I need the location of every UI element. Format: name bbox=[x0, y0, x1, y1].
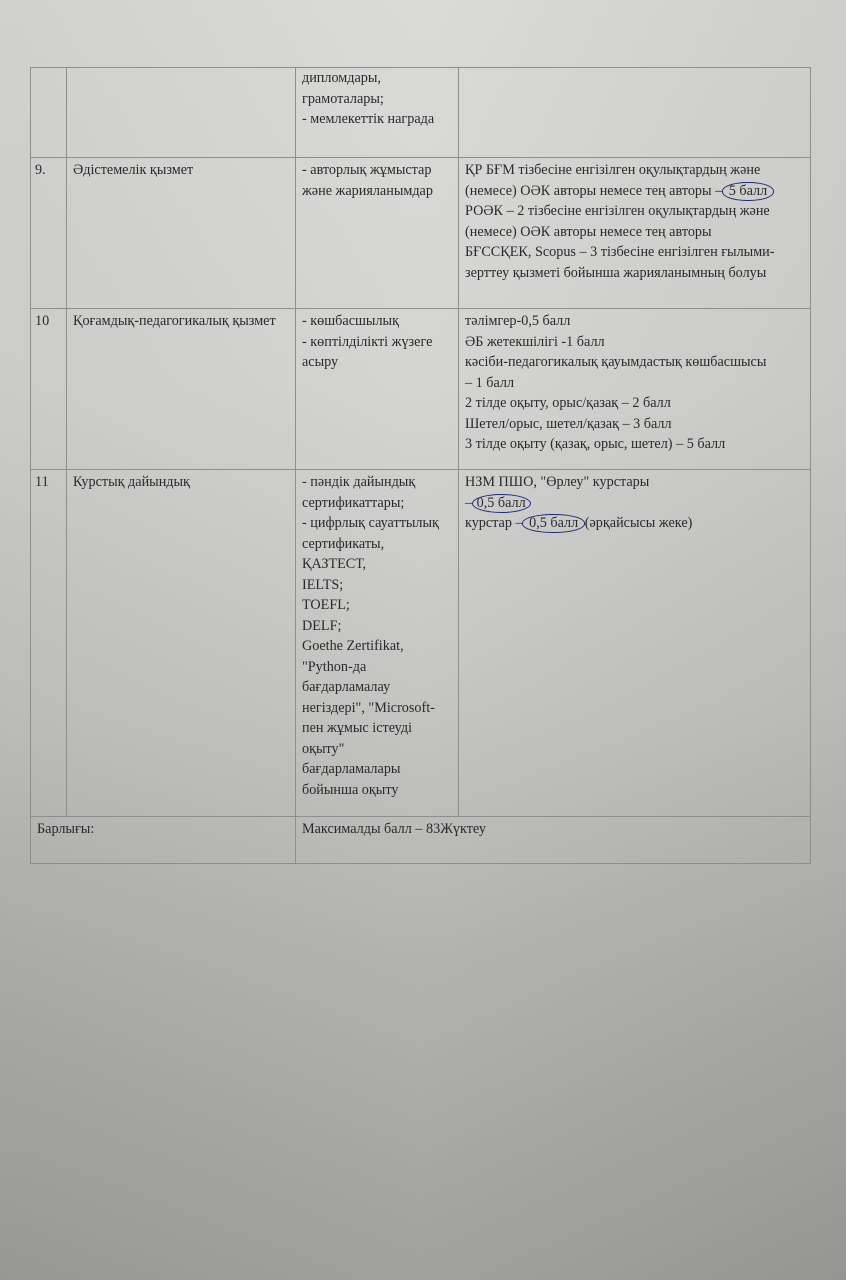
scoring-line: курстар – 0,5 балл (әрқайсысы жеке) bbox=[465, 513, 804, 534]
scoring-line: БҒССҚЕК, Scopus – 3 тізбесіне енгізілген… bbox=[465, 242, 804, 263]
scoring-line: 2 тілде оқыту, орыс/қазақ – 2 балл bbox=[465, 393, 804, 414]
table-row-continued: дипломдары, грамоталары; - мемлекеттік н… bbox=[31, 68, 811, 158]
criteria-line: - мемлекеттік награда bbox=[302, 109, 452, 130]
scoring-line: ӘБ жетекшілігі -1 балл bbox=[465, 332, 804, 353]
criteria-cell: - авторлық жұмыстар және жарияланымдар bbox=[296, 158, 459, 309]
scoring-cell: ҚР БҒМ тізбесіне енгізілген оқулықтардың… bbox=[459, 158, 811, 309]
pen-circled-score: 0,5 балл bbox=[522, 514, 585, 533]
category-cell: Курстық дайындық bbox=[67, 470, 296, 817]
criteria-line: сертификаттары; bbox=[302, 493, 452, 514]
criteria-line: грамоталары; bbox=[302, 89, 452, 110]
criteria-line: - пәндік дайындық bbox=[302, 472, 452, 493]
scoring-table: дипломдары, грамоталары; - мемлекеттік н… bbox=[30, 67, 811, 864]
criteria-cell: - пәндік дайындық сертификаттары; - цифр… bbox=[296, 470, 459, 817]
table-row-9: 9. Әдістемелік қызмет - авторлық жұмыста… bbox=[31, 158, 811, 309]
scoring-line: – 0,5 балл bbox=[465, 493, 804, 514]
scoring-line: 3 тілде оқыту (қазақ, орыс, шетел) – 5 б… bbox=[465, 434, 804, 455]
scoring-text: (немесе) ОӘК авторы немесе тең авторы – bbox=[465, 183, 726, 199]
row-number bbox=[31, 68, 67, 158]
total-value: Максималды балл – 83Жүктеу bbox=[296, 817, 811, 864]
criteria-cell: дипломдары, грамоталары; - мемлекеттік н… bbox=[296, 68, 459, 158]
scoring-text: курстар – bbox=[465, 515, 526, 531]
pen-circled-score: 5 балл bbox=[722, 182, 774, 201]
scoring-cell: тәлімгер-0,5 балл ӘБ жетекшілігі -1 балл… bbox=[459, 309, 811, 470]
criteria-line: - көптілділікті жүзеге bbox=[302, 332, 452, 353]
table-row-11: 11 Курстық дайындық - пәндік дайындық се… bbox=[31, 470, 811, 817]
scoring-line: РОӘК – 2 тізбесіне енгізілген оқулықтард… bbox=[465, 201, 804, 222]
criteria-line: - көшбасшылық bbox=[302, 311, 452, 332]
scoring-line: (немесе) ОӘК авторы немесе тең авторы – … bbox=[465, 181, 804, 202]
criteria-line: дипломдары, bbox=[302, 68, 452, 89]
criteria-line: ҚАЗТЕСТ, bbox=[302, 554, 452, 575]
scoring-line: кәсіби-педагогикалық қауымдастық көшбасш… bbox=[465, 352, 804, 373]
criteria-line: - цифрлық сауаттылық bbox=[302, 513, 452, 534]
table-row-total: Барлығы: Максималды балл – 83Жүктеу bbox=[31, 817, 811, 864]
criteria-line: бағдарламалау bbox=[302, 677, 452, 698]
scoring-line: – 1 балл bbox=[465, 373, 804, 394]
scoring-cell bbox=[459, 68, 811, 158]
row-number: 9. bbox=[31, 158, 67, 309]
criteria-line: "Python-да bbox=[302, 657, 452, 678]
criteria-line: сертификаты, bbox=[302, 534, 452, 555]
criteria-line: және жарияланымдар bbox=[302, 181, 452, 202]
scoring-line: тәлімгер-0,5 балл bbox=[465, 311, 804, 332]
criteria-line: Goethe Zertifikat, bbox=[302, 636, 452, 657]
criteria-cell: - көшбасшылық - көптілділікті жүзеге асы… bbox=[296, 309, 459, 470]
category-cell bbox=[67, 68, 296, 158]
scoring-line: Шетел/орыс, шетел/қазақ – 3 балл bbox=[465, 414, 804, 435]
scoring-line: зерттеу қызметі бойынша жарияланымның бо… bbox=[465, 263, 804, 284]
scoring-line: ҚР БҒМ тізбесіне енгізілген оқулықтардың… bbox=[465, 160, 804, 181]
scoring-line: (немесе) ОӘК авторы немесе тең авторы bbox=[465, 222, 804, 243]
row-number: 11 bbox=[31, 470, 67, 817]
criteria-line: бойынша оқыту bbox=[302, 780, 452, 801]
category-cell: Қоғамдық-педагогикалық қызмет bbox=[67, 309, 296, 470]
criteria-line: пен жұмыс істеуді bbox=[302, 718, 452, 739]
pen-circled-score: 0,5 балл bbox=[472, 494, 531, 513]
criteria-line: негіздері", "Microsoft- bbox=[302, 698, 452, 719]
criteria-line: - авторлық жұмыстар bbox=[302, 160, 452, 181]
criteria-line: бағдарламалары bbox=[302, 759, 452, 780]
criteria-line: оқыту" bbox=[302, 739, 452, 760]
row-number: 10 bbox=[31, 309, 67, 470]
scoring-text-after: (әрқайсысы жеке) bbox=[581, 515, 692, 531]
scoring-cell: НЗМ ПШО, "Өрлеу" курстары – 0,5 балл кур… bbox=[459, 470, 811, 817]
criteria-line: TOEFL; bbox=[302, 595, 452, 616]
table-row-10: 10 Қоғамдық-педагогикалық қызмет - көшба… bbox=[31, 309, 811, 470]
scoring-line: НЗМ ПШО, "Өрлеу" курстары bbox=[465, 472, 804, 493]
total-label: Барлығы: bbox=[31, 817, 296, 864]
criteria-line: IELTS; bbox=[302, 575, 452, 596]
criteria-line: асыру bbox=[302, 352, 452, 373]
category-cell: Әдістемелік қызмет bbox=[67, 158, 296, 309]
criteria-line: DELF; bbox=[302, 616, 452, 637]
